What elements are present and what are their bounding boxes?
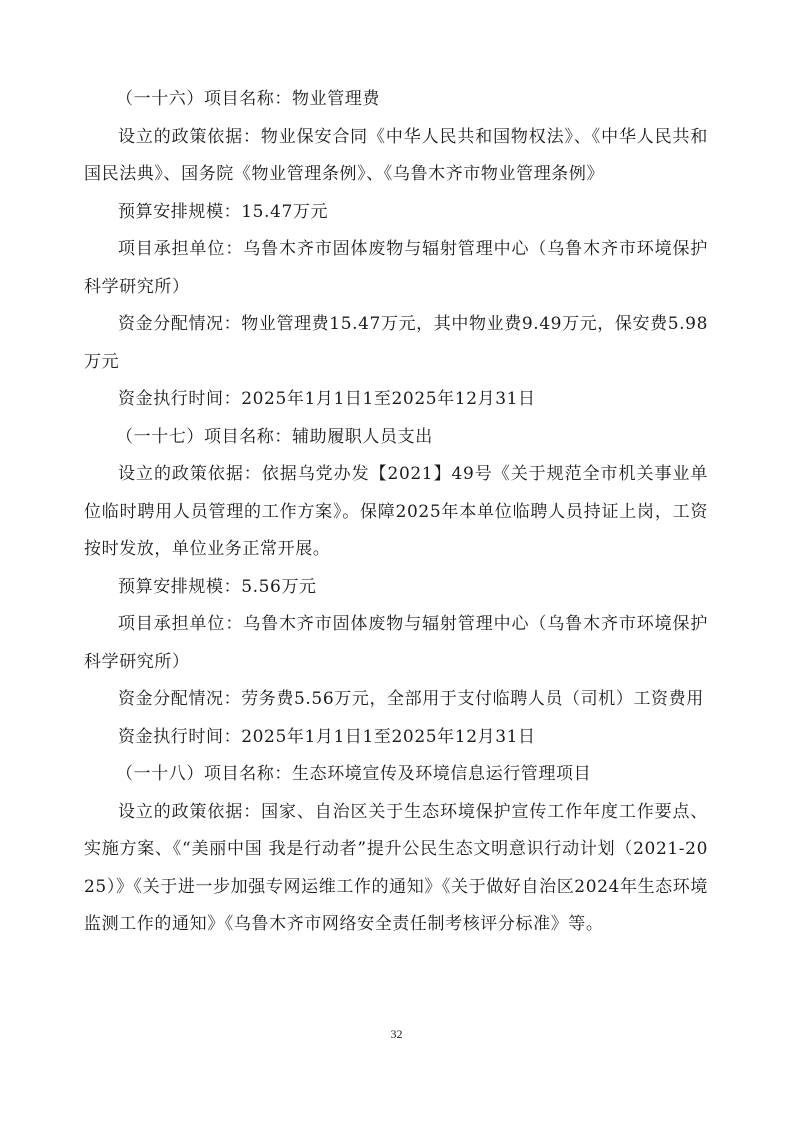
responsible-unit-16: 项目承担单位：乌鲁木齐市固体废物与辐射管理中心（乌鲁木齐市环境保护科学研究所） (84, 231, 708, 306)
execution-time-16: 资金执行时间：2025年1月1日1至2025年12月31日 (84, 381, 708, 419)
fund-allocation-17: 资金分配情况：劳务费5.56万元，全部用于支付临聘人员（司机）工资费用 (84, 681, 708, 719)
section-heading-17: （一十七）项目名称：辅助履职人员支出 (84, 419, 708, 457)
document-body: （一十六）项目名称：物业管理费 设立的政策依据：物业保安合同《中华人民共和国物权… (84, 81, 708, 944)
policy-basis-16: 设立的政策依据：物业保安合同《中华人民共和国物权法》、《中华人民共和国民法典》、… (84, 119, 708, 194)
section-heading-16: （一十六）项目名称：物业管理费 (84, 81, 708, 119)
policy-basis-18: 设立的政策依据：国家、自治区关于生态环境保护宣传工作年度工作要点、实施方案、《“… (84, 794, 708, 944)
section-heading-18: （一十八）项目名称：生态环境宣传及环境信息运行管理项目 (84, 756, 708, 794)
fund-allocation-16: 资金分配情况：物业管理费15.47万元，其中物业费9.49万元，保安费5.98万… (84, 306, 708, 381)
execution-time-17: 资金执行时间：2025年1月1日1至2025年12月31日 (84, 719, 708, 757)
budget-scale-17: 预算安排规模：5.56万元 (84, 569, 708, 607)
policy-basis-17: 设立的政策依据：依据乌党办发【2021】49号《关于规范全市机关事业单位临时聘用… (84, 456, 708, 569)
budget-scale-16: 预算安排规模：15.47万元 (84, 194, 708, 232)
responsible-unit-17: 项目承担单位：乌鲁木齐市固体废物与辐射管理中心（乌鲁木齐市环境保护科学研究所） (84, 606, 708, 681)
page-number: 32 (0, 1027, 793, 1042)
